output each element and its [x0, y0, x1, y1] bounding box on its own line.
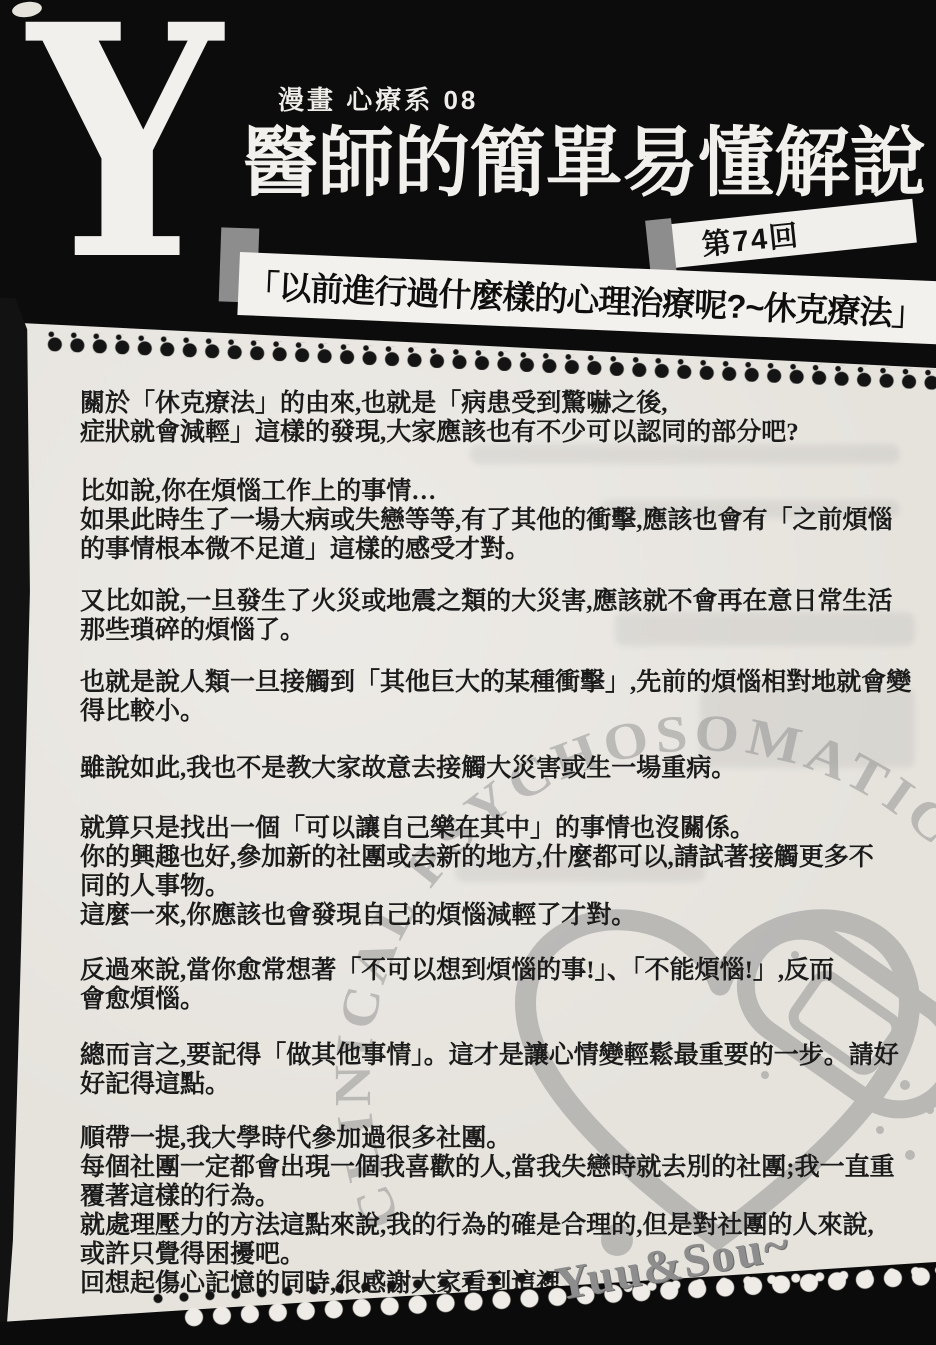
- page-title: 醫師的簡單易懂解說: [242, 116, 926, 212]
- body-paragraph-3: 又比如說,一旦發生了火災或地震之類的大災害,應該就不會再在意日常生活 那些瑣碎的…: [80, 587, 936, 645]
- body-paragraph-6: 就算只是找出一個「可以讓自己樂在其中」的事情也沒關係。 你的興趣也好,參加新的社…: [80, 814, 936, 930]
- page-gutter-shadow: [0, 298, 34, 1345]
- bleed-through-smudge: [470, 444, 900, 464]
- body-paragraph-2: 比如說,你在煩惱工作上的事情… 如果此時生了一場大病或失戀等等,有了其他的衝擊,…: [80, 477, 936, 564]
- scanned-manga-column-page: CLINICAL PSYCHOSOMATIC MEDICINE Y 漫畫 心療系…: [0, 0, 936, 1345]
- big-letter-y: Y: [28, 0, 222, 304]
- body-paragraph-7: 反過來說,當你愈常想著「不可以想到煩惱的事!」、「不能煩惱!」,反而 會愈煩惱。: [80, 956, 936, 1014]
- episode-badge-label: 第74回: [700, 212, 802, 263]
- badge-gray-cap: [645, 218, 677, 276]
- body-paragraph-5: 雖說如此,我也不是教大家故意去接觸大災害或生一場重病。: [80, 754, 936, 783]
- body-paragraph-1: 關於「休克療法」的由來,也就是「病患受到驚嚇之後, 症狀就會減輕」這樣的發現,大…: [80, 389, 936, 447]
- body-paragraph-4: 也就是說人類一旦接觸到「其他巨大的某種衝擊」,先前的煩惱相對地就會變 得比較小。: [80, 668, 936, 726]
- body-paragraph-8: 總而言之,要記得「做其他事情」。這才是讓心情變輕鬆最重要的一步。請好 好記得這點…: [80, 1041, 936, 1099]
- series-label: 漫畫 心療系 08: [278, 80, 478, 117]
